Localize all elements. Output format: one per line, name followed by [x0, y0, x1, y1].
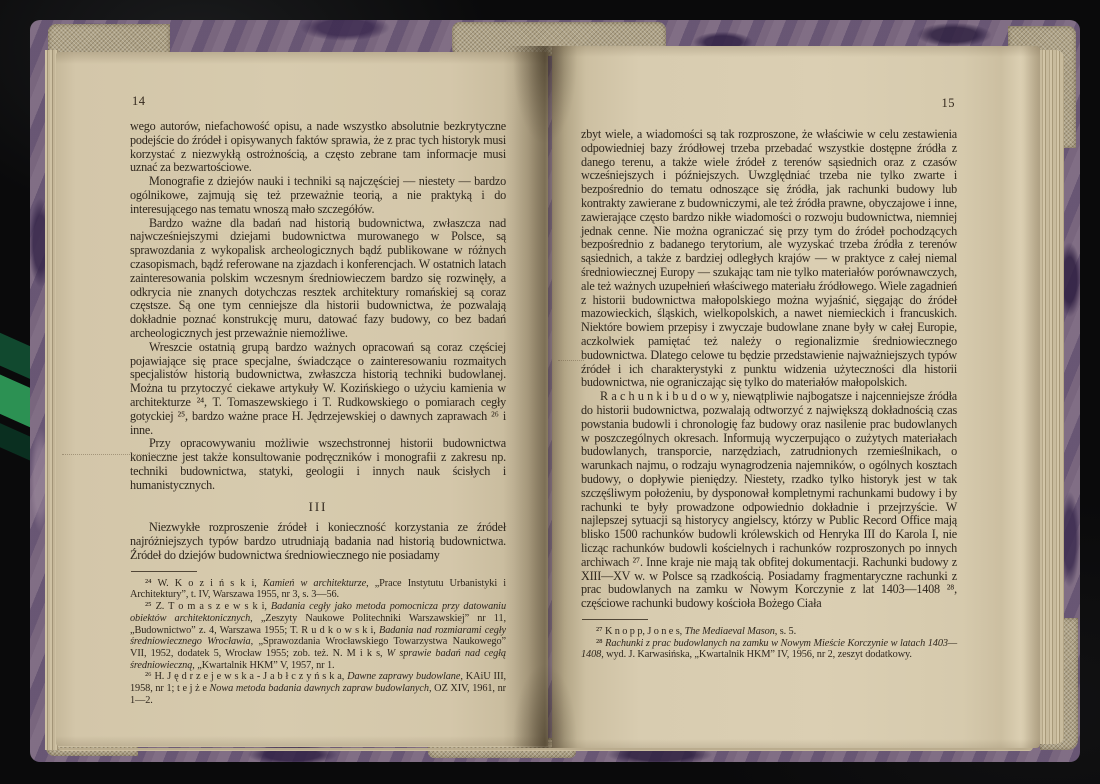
fore-edge-shading: [1024, 46, 1040, 748]
paragraph: zbyt wiele, a wiadomości są tak rozprosz…: [581, 128, 957, 390]
footnote: ²⁷ K n o p p, J o n e s, The Mediaeval M…: [581, 626, 957, 638]
footnote: ²⁸ Rachunki z prac budowlanych na zamku …: [581, 638, 957, 661]
section-heading: III: [130, 501, 506, 515]
paragraph: wego autorów, niefachowość opisu, a nade…: [130, 120, 506, 175]
paragraph: Niezwykłe rozproszenie źródeł i konieczn…: [130, 521, 506, 562]
footnote: ²⁶ H. J ę d r z e j e w s k a - J a b ł …: [130, 671, 506, 706]
page-edges-right: [1036, 50, 1064, 744]
footnote-separator: [131, 571, 197, 572]
page-number-right: 15: [581, 96, 955, 111]
footnote: ²⁴ W. K o z i ń s k i, Kamień w architek…: [130, 578, 506, 601]
left-page: 14 wego autorów, niefachowość opisu, a n…: [56, 52, 548, 746]
paragraph: R a c h u n k i b u d o w y, niewątpliwi…: [581, 390, 957, 611]
paragraph: Bardzo ważne dla badań nad historią budo…: [130, 217, 506, 341]
left-page-text-column: wego autorów, niefachowość opisu, a nade…: [130, 120, 506, 706]
footnote: ²⁵ Z. T o m a s z e w s k i, Badania ceg…: [130, 601, 506, 671]
paragraph: Przy opracowywaniu możliwie wszechstronn…: [130, 437, 506, 492]
right-page-text-column: zbyt wiele, a wiadomości są tak rozprosz…: [581, 128, 957, 661]
page-number-left: 14: [132, 94, 146, 109]
paragraph: Wreszcie ostatnią grupą bardzo ważnych o…: [130, 341, 506, 438]
right-page: 15 zbyt wiele, a wiadomości są tak rozpr…: [552, 46, 1040, 748]
book-scan-scene: 14 wego autorów, niefachowość opisu, a n…: [0, 0, 1100, 784]
footnote-separator: [582, 619, 648, 620]
paragraph: Monografie z dziejów nauki i techniki są…: [130, 175, 506, 216]
green-stripe-decoration: [0, 326, 33, 496]
